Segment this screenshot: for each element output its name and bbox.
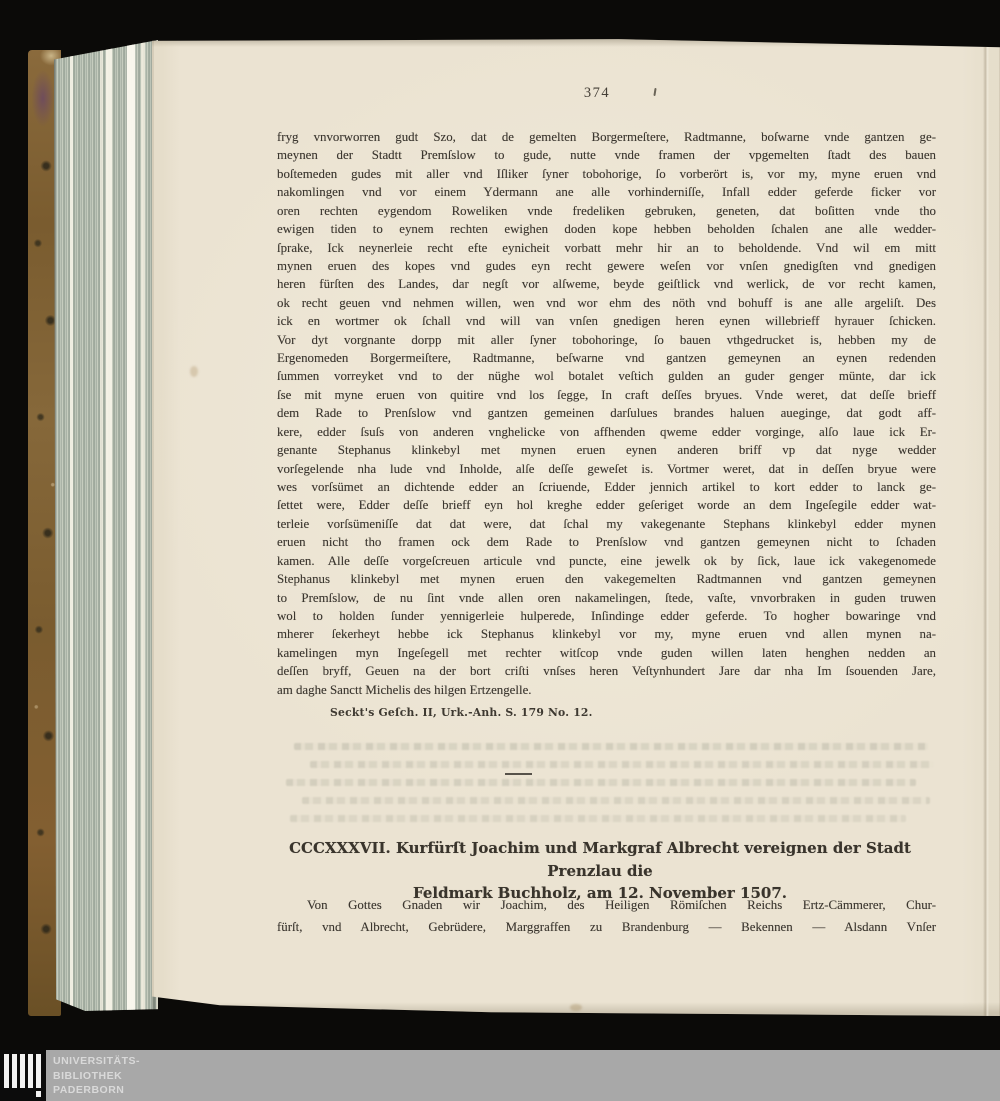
page-stack-fore-edge [54, 40, 158, 1012]
heading-line: CCCXXXVII. Kurfürſt Joachim und Markgraf… [263, 837, 937, 882]
body-text-line: ſummen vorreyket vnd to der nüghe wol bo… [277, 367, 936, 385]
body-text-line: ewigen tiden to eynem rechten ewighen do… [277, 220, 936, 238]
logo-bar [20, 1054, 25, 1088]
library-name-line: BIBLIOTHEK [53, 1069, 140, 1084]
paragraph-line: fürſt, vnd Albrecht, Gebrüdere, Marggraf… [277, 916, 936, 938]
verso-rule [505, 773, 532, 775]
body-text-line: mynen eruen des kopes vnd gudes eyn rech… [277, 257, 936, 275]
body-text-line: ſprake, Ick neynerleie recht efte eynich… [277, 239, 936, 257]
body-text-line: kamelingen myn Ingeſegell met rechter wi… [277, 644, 936, 662]
body-text-line: fryg vnvorworren gudt Szo, dat de gemelt… [277, 128, 936, 146]
body-text-line: boſtemeden gudes mit aller vnd Iſliker ſ… [277, 165, 936, 183]
body-text-line: Stephanus klinkebyl met mynen eruen den … [277, 570, 936, 588]
bleedthrough-line [310, 761, 934, 768]
paper-stain [570, 1004, 582, 1011]
body-text-line: am daghe Sanctt Michelis des hilgen Ertz… [277, 681, 936, 699]
body-text: fryg vnvorworren gudt Szo, dat de gemelt… [277, 128, 936, 699]
body-text-line: to Premſslow, de nu ſint vnde allen oren… [277, 589, 936, 607]
body-text-line: nakomlingen vnd vor einem Ydermann ane a… [277, 183, 936, 201]
body-text-line: terleie vorſsümeniſſe dat dat were, dat … [277, 515, 936, 533]
body-text-line: kere, edder ſsuſs von anderen vnghelicke… [277, 423, 936, 441]
logo-bar [28, 1054, 33, 1088]
library-name-line: PADERBORN [53, 1083, 140, 1098]
body-text-line: oren rechten eygendom Roweliken vnde fre… [277, 202, 936, 220]
bleedthrough-line [286, 779, 916, 786]
body-text-line: ſettet were, Edder deſſe brieff eyn hol … [277, 496, 936, 514]
opening-paragraph: Von Gottes Gnaden wir Joachim, des Heili… [277, 894, 936, 938]
verso-bleedthrough [280, 743, 936, 833]
body-text-line: deſſen bryff, Geuen na der bort criſti v… [277, 662, 936, 680]
body-text-line: Vor dyt vorgnante dorpp mit aller ſyner … [277, 331, 936, 349]
book-page: 374 fryg vnvorworren gudt Szo, dat de ge… [152, 38, 1000, 1016]
logo-dot [36, 1091, 41, 1097]
page-crease [983, 38, 989, 1016]
body-text-line: ok recht geuen vnd nehmen willen, wen vn… [277, 294, 936, 312]
library-name-line: UNIVERSITÄTS- [53, 1054, 140, 1069]
body-text-line: wol to holden ſunder yennigerleie hulper… [277, 607, 936, 625]
bleedthrough-line [294, 743, 928, 750]
body-text-line: meynen der Stadtt Premſslow to gude, nut… [277, 146, 936, 164]
scan-background: 374 fryg vnvorworren gudt Szo, dat de ge… [0, 0, 1000, 1101]
logo-bar [12, 1054, 17, 1088]
paragraph-line: Von Gottes Gnaden wir Joachim, des Heili… [277, 894, 936, 916]
body-text-line: heren fürſten des Landes, dar negſt vor … [277, 275, 936, 293]
body-text-line: genante Stephanus klinkebyl met mynen er… [277, 441, 936, 459]
body-text-line: kamen. Alle deſſe vorgeſcreuen articule … [277, 552, 936, 570]
library-logo-icon [0, 1050, 46, 1101]
bleedthrough-line [302, 797, 930, 804]
source-citation: Seckt's Geſch. II, Urk.-Anh. S. 179 No. … [330, 706, 593, 719]
bleedthrough-line [290, 815, 906, 822]
library-name: UNIVERSITÄTS-BIBLIOTHEKPADERBORN [53, 1054, 140, 1098]
logo-bar [4, 1054, 9, 1088]
body-text-line: ick en wortmer ok ſchall vnd will van vn… [277, 312, 936, 330]
body-text-line: dem Rade to Prenſslow vnd gantzen gemein… [277, 404, 936, 422]
watermark-band: UNIVERSITÄTS-BIBLIOTHEKPADERBORN [0, 1050, 1000, 1101]
logo-bar [36, 1054, 41, 1088]
body-text-line: ſse mit myne eruen von quitire vnd los ſ… [277, 386, 936, 404]
body-text-line: mherer ſekerheyt hebbe ick Stephanus kli… [277, 625, 936, 643]
page-number: 374 [277, 85, 917, 102]
body-text-line: vorſegelende nha lude vnd Inholde, alſe … [277, 460, 936, 478]
paper-stain [190, 366, 198, 377]
body-text-line: wes vorſsümet an dichtende edder an ſcri… [277, 478, 936, 496]
body-text-line: eruen nicht tho framen ock dem Rade to P… [277, 533, 936, 551]
body-text-line: Ergenomeden Borgermeiſtere, Radtmanne, b… [277, 349, 936, 367]
